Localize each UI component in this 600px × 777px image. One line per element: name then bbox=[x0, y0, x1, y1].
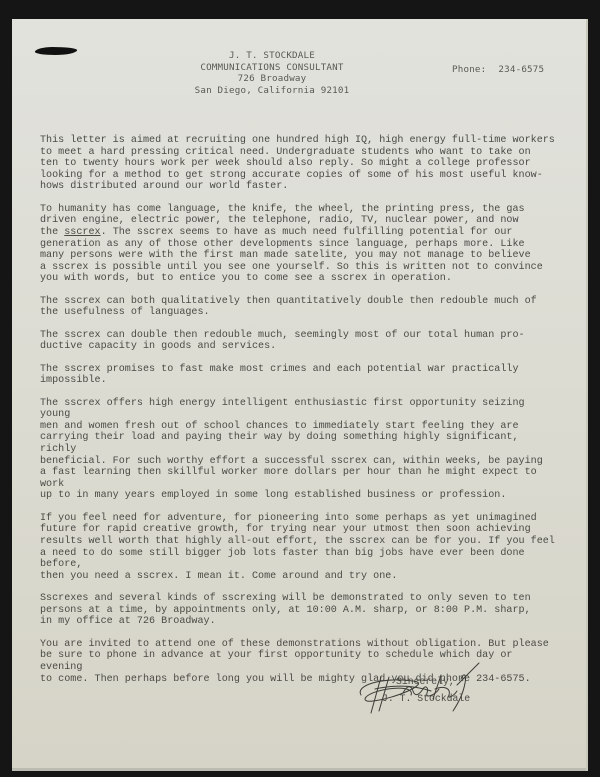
paragraph-5: The sscrex promises to fast make most cr… bbox=[40, 364, 560, 387]
letterhead-phone: Phone:234-6575 bbox=[452, 64, 544, 75]
paragraph-2-part-b: . The sscrex seems to have as much need … bbox=[40, 227, 543, 284]
letterhead-name: J. T. STOCKDALE bbox=[182, 50, 362, 62]
sscrex-underlined: sscrex bbox=[64, 227, 100, 238]
paragraph-7: If you feel need for adventure, for pion… bbox=[40, 513, 560, 583]
letterhead-city: San Diego, California 92101 bbox=[182, 85, 362, 97]
paragraph-4: The sscrex can double then redouble much… bbox=[40, 330, 560, 353]
redaction-mark bbox=[34, 47, 77, 55]
paragraph-3: The sscrex can both qualitatively then q… bbox=[40, 296, 560, 319]
handwritten-signature bbox=[353, 655, 488, 715]
phone-number: 234-6575 bbox=[498, 64, 544, 75]
signer-name: J. T. Stockdale bbox=[382, 693, 470, 704]
paragraph-1: This letter is aimed at recruiting one h… bbox=[40, 135, 560, 193]
letterhead-address-block: J. T. STOCKDALE COMMUNICATIONS CONSULTAN… bbox=[182, 50, 362, 96]
paragraph-8: Sscrexes and several kinds of sscrexing … bbox=[40, 593, 560, 628]
letterhead-title: COMMUNICATIONS CONSULTANT bbox=[182, 62, 362, 74]
paragraph-2: To humanity has come language, the knife… bbox=[40, 204, 560, 285]
letterhead-street: 726 Broadway bbox=[182, 73, 362, 85]
letter-body: This letter is aimed at recruiting one h… bbox=[40, 135, 560, 696]
phone-label: Phone: bbox=[452, 64, 486, 75]
paragraph-6: The sscrex offers high energy intelligen… bbox=[40, 398, 560, 502]
